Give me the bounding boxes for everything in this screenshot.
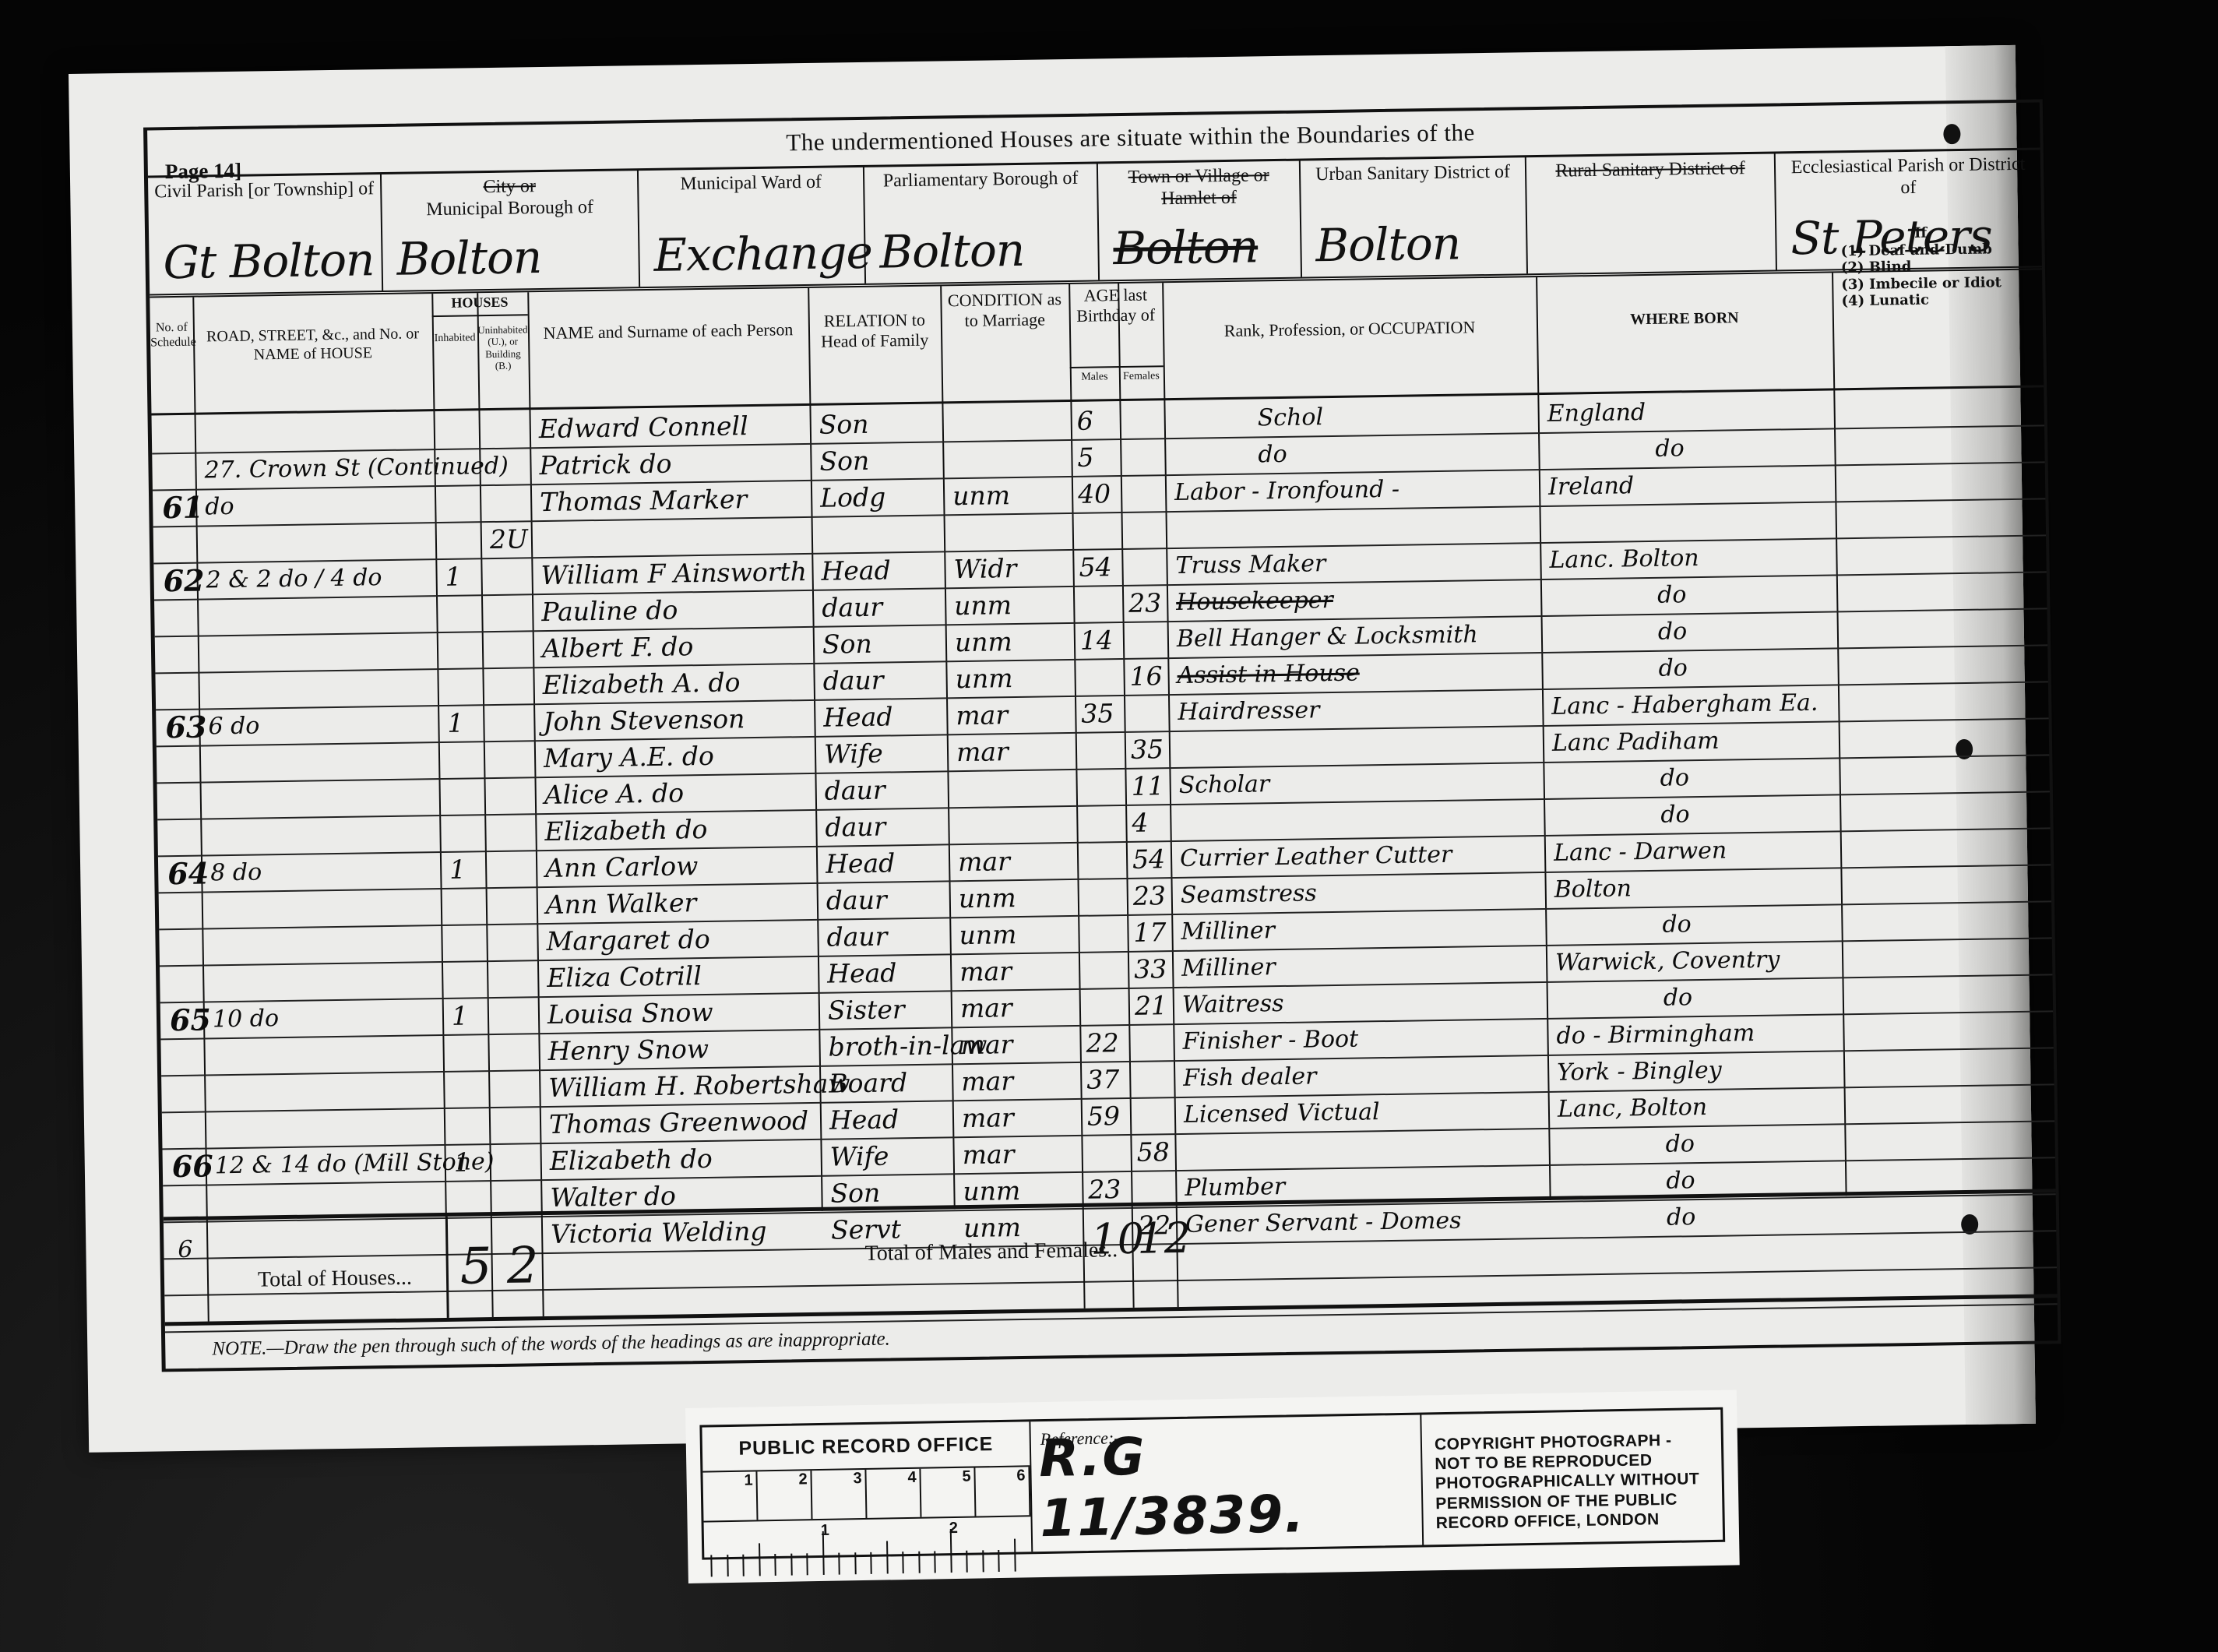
header-schedule: No. of Schedule <box>150 321 194 351</box>
struck-text: Rural Sanitary District of <box>1555 158 1745 181</box>
cell-condition: mar <box>959 953 1012 990</box>
cell-female: 33 <box>1134 950 1167 988</box>
cell-road: 27. Crown St (Continued) <box>204 448 509 489</box>
district-label: Town or Village or Hamlet of <box>1104 165 1294 211</box>
cell-female: 23 <box>1128 584 1162 622</box>
ruler-cm: 123456 <box>702 1467 1030 1522</box>
district-label: Civil Parish [or Township] of <box>154 178 374 203</box>
cell-inh: 1 <box>447 705 464 741</box>
cell-condition: mar <box>956 733 1009 770</box>
district-cell: Parliamentary Borough ofBolton <box>864 163 1100 283</box>
cell-schedule: 63 <box>165 708 207 745</box>
cell-relation: daur <box>826 882 888 919</box>
cell-name: Thomas Marker <box>540 481 748 520</box>
ruler-tick <box>1013 1539 1016 1572</box>
cell-born: Lanc. Bolton <box>1549 540 1699 579</box>
ruler-tick <box>806 1553 808 1575</box>
cell-schedule: 66 <box>171 1147 213 1185</box>
form-note: NOTE.—Draw the pen through such of the w… <box>212 1329 890 1361</box>
cell-relation: Lodg <box>820 478 886 516</box>
total-inhabited: 5 <box>459 1238 492 1296</box>
reference-box: Reference:- R.G 11/3839. <box>1030 1415 1424 1552</box>
cell-condition: unm <box>959 916 1017 953</box>
district-cell: Urban Sanitary District ofBolton <box>1301 157 1528 277</box>
ruler-tick <box>982 1550 984 1572</box>
cell-condition: unm <box>958 879 1016 917</box>
ruler-tick <box>727 1555 728 1576</box>
cell-female: 11 <box>1131 767 1164 805</box>
total-schedules: 6 <box>178 1236 193 1263</box>
ruler-tick <box>966 1551 967 1573</box>
cell-condition: mar <box>956 696 1008 734</box>
cell-schedule: 65 <box>170 1001 212 1038</box>
ruler-inch: 12 <box>704 1516 1032 1576</box>
district-value: Bolton <box>396 231 542 286</box>
total-persons-label: Total of Males and Females.. <box>864 1238 1118 1266</box>
cell-occupation: Milliner <box>1181 912 1275 950</box>
cell-born: do <box>1657 576 1687 614</box>
cell-condition: Widr <box>953 550 1016 587</box>
cell-relation: Board <box>829 1064 907 1101</box>
cell-name: Eliza Cotrill <box>547 957 702 996</box>
cell-occupation: Housekeeper <box>1176 582 1333 621</box>
cell-occupation: Scholar <box>1178 766 1269 804</box>
cell-female: 4 <box>1132 805 1149 841</box>
cell-name: Elizabeth A. do <box>542 664 740 703</box>
cell-name: Patrick do <box>539 446 672 484</box>
cell-condition: unm <box>954 586 1012 624</box>
header-houses: HOUSES <box>431 294 527 312</box>
ruler-tick <box>870 1552 871 1574</box>
cell-condition: mar <box>962 1099 1014 1136</box>
cell-male: 37 <box>1086 1061 1120 1098</box>
cell-road: 2 & 2 do / 4 do <box>206 559 382 598</box>
cell-born: do <box>1658 613 1688 650</box>
cell-born: do <box>1665 1125 1695 1163</box>
cell-born: do - Birmingham <box>1556 1015 1755 1055</box>
form-heading: The undermentioned Houses are situate wi… <box>786 118 1475 157</box>
cell-born: Warwick, Coventry <box>1555 942 1780 981</box>
cell-born: do <box>1660 759 1689 797</box>
cell-male: 5 <box>1077 439 1094 476</box>
ruler-mark: 6 <box>975 1467 1030 1516</box>
cell-name: Ann Walker <box>546 884 697 923</box>
cell-relation: daur <box>822 662 884 699</box>
cell-condition: mar <box>960 1026 1012 1063</box>
cell-inh: 1 <box>453 1144 470 1181</box>
district-label: Urban Sanitary District of <box>1307 161 1519 186</box>
struck-text: Town or Village or Hamlet of <box>1128 165 1269 209</box>
cell-born: Bolton <box>1554 870 1632 907</box>
cell-occupation: Licensed Victual <box>1184 1094 1380 1133</box>
cell-occupation: Seamstress <box>1180 875 1317 914</box>
district-cell: Municipal Ward ofExchange <box>639 167 866 287</box>
cell-condition: unm <box>955 623 1013 660</box>
cell-condition: unm <box>955 660 1013 697</box>
cell-occupation: Schol <box>1257 399 1323 436</box>
cell-condition: unm <box>952 477 1011 514</box>
ruler-tick <box>934 1551 935 1573</box>
cell-road: 12 & 14 do (Mill Stone) <box>214 1143 494 1184</box>
cell-condition: mar <box>958 843 1010 880</box>
census-page: Page 14] The undermentioned Houses are s… <box>69 45 2036 1453</box>
ruler-tick <box>838 1553 840 1575</box>
cell-female: 23 <box>1132 877 1166 914</box>
cell-occupation: Assist in House <box>1177 654 1360 693</box>
cell-schedule: 64 <box>167 854 209 892</box>
district-cell: City orMunicipal Borough ofBolton <box>382 170 640 291</box>
header-relation: RELATION to Head of Family <box>808 309 942 351</box>
cell-female: 16 <box>1129 657 1163 695</box>
cell-male: 59 <box>1087 1097 1121 1135</box>
ruler-tick <box>790 1554 792 1576</box>
cell-relation: Son <box>819 406 868 443</box>
cell-name: William F Ainsworth <box>540 553 807 594</box>
district-label: City orMunicipal Borough of <box>388 174 632 221</box>
cell-relation: Head <box>827 954 897 992</box>
header-males: Males <box>1070 371 1119 384</box>
cell-male: 6 <box>1076 403 1093 439</box>
cell-relation: daur <box>826 918 888 956</box>
total-uninhabited: 2 <box>506 1237 539 1295</box>
cell-road: 10 do <box>213 1000 280 1037</box>
cell-occupation: Bell Hanger & Locksmith <box>1177 616 1478 657</box>
cell-name: William H. Robertshaw <box>548 1065 850 1106</box>
cell-inh: 1 <box>452 998 469 1034</box>
cell-occupation: Waitress <box>1182 985 1284 1023</box>
cell-born: Lanc, Bolton <box>1558 1089 1708 1128</box>
record-office-label: PUBLIC RECORD OFFICE 123456 12 Reference… <box>685 1390 1740 1583</box>
header-inhabited: Inhabited <box>432 332 477 345</box>
ruler-tick <box>918 1552 920 1573</box>
ruler-tick <box>854 1552 856 1574</box>
cell-name: Pauline do <box>541 591 678 630</box>
cell-name: Edward Connell <box>538 407 748 447</box>
cell-born: do <box>1662 906 1692 943</box>
cell-occupation: Finisher - Boot <box>1182 1021 1358 1060</box>
cell-male: 22 <box>1086 1024 1119 1062</box>
ruler-mark: 3 <box>812 1470 867 1519</box>
cell-name: Henry Snow <box>547 1030 709 1069</box>
office-name: PUBLIC RECORD OFFICE <box>702 1421 1030 1472</box>
cell-name: Thomas Greenwood <box>549 1102 809 1143</box>
cell-name: Elizabeth do <box>549 1140 713 1179</box>
header-females: Females <box>1119 370 1164 383</box>
cell-occupation: Currier Leather Cutter <box>1180 837 1452 877</box>
district-cell: Civil Parish [or Township] ofGt Bolton <box>148 174 383 294</box>
cell-road: 6 do <box>208 707 260 745</box>
cell-female: 54 <box>1132 840 1166 878</box>
cell-name: Albert F. do <box>542 628 694 667</box>
cell-relation: Sister <box>828 991 905 1028</box>
cell-born: do <box>1660 796 1690 833</box>
cell-name: Elizabeth do <box>544 811 708 850</box>
cell-inh: 1 <box>445 558 462 595</box>
total-houses-label: Total of Houses... <box>258 1266 412 1293</box>
ruler-mark: 5 <box>921 1468 976 1517</box>
cell-female: 58 <box>1136 1133 1170 1171</box>
cell-condition: mar <box>961 1062 1013 1100</box>
cell-born: England <box>1547 394 1646 432</box>
district-cell: Town or Village or Hamlet ofBolton <box>1098 160 1302 280</box>
cell-road: do <box>205 488 234 526</box>
cell-born: Ireland <box>1548 467 1635 505</box>
ruler-tick <box>998 1550 999 1572</box>
column-line <box>541 1215 544 1316</box>
column-line <box>445 1217 449 1318</box>
cell-relation: Head <box>829 1101 900 1138</box>
cell-condition: mar <box>960 989 1012 1027</box>
header-condition: CONDITION as to Marriage <box>940 289 1069 331</box>
cell-relation: Head <box>826 844 896 882</box>
cell-born: do <box>1655 430 1685 467</box>
district-value: Bolton <box>1315 217 1461 273</box>
cell-relation: Head <box>821 551 891 589</box>
ruler-tick <box>710 1555 712 1576</box>
cell-occupation: Hairdresser <box>1178 692 1320 731</box>
cell-relation: Son <box>819 442 869 480</box>
cell-born: Lanc Padiham <box>1552 723 1720 762</box>
cell-born: Lanc - Darwen <box>1554 833 1727 872</box>
cell-schedule: 62 <box>163 562 205 599</box>
district-label: Parliamentary Borough of <box>871 168 1090 193</box>
cell-occupation: Milliner <box>1181 949 1276 987</box>
cell-relation: Wife <box>829 1138 889 1175</box>
header-road: ROAD, STREET, &c., and No. or NAME of HO… <box>193 325 433 365</box>
cell-condition: mar <box>962 1136 1014 1173</box>
cell-name: Louisa Snow <box>547 994 713 1033</box>
cell-relation: Head <box>823 698 893 735</box>
cell-occupation: Truss Maker <box>1175 545 1326 584</box>
cell-occupation: do <box>1258 436 1287 474</box>
district-label: Municipal Ward of <box>645 171 857 196</box>
cell-uninh: 2U <box>490 520 529 558</box>
infirmity-header: If(1) Deaf-and-Dumb(2) Blind(3) Imbecile… <box>1840 224 2001 310</box>
cell-male: 35 <box>1081 695 1114 732</box>
cell-born: York - Bingley <box>1557 1052 1722 1091</box>
column-line <box>491 1216 494 1317</box>
district-value: Bolton <box>1113 220 1259 275</box>
district-label: Ecclesiastical Parish or District of <box>1782 154 2035 201</box>
district-cell: Rural Sanitary District of <box>1526 153 1777 273</box>
district-value: Gt Bolton <box>163 233 375 289</box>
struck-text: City or <box>483 176 536 197</box>
cell-schedule: 61 <box>162 488 204 526</box>
census-form: Page 14] The undermentioned Houses are s… <box>143 99 2061 1372</box>
cell-inh: 1 <box>449 851 466 888</box>
ruler-mark: 4 <box>866 1469 921 1518</box>
cell-relation: Wife <box>824 735 883 773</box>
cell-occupation: Labor - Ironfound - <box>1174 471 1400 511</box>
household-table: No. of ScheduleROAD, STREET, &c., and No… <box>150 269 2055 1221</box>
cell-name: Mary A.E. do <box>544 738 714 777</box>
cell-male: 54 <box>1079 548 1112 586</box>
scale-ruler: PUBLIC RECORD OFFICE 123456 12 <box>702 1421 1033 1557</box>
cell-female: 17 <box>1133 914 1167 951</box>
ruler-tick <box>774 1554 776 1576</box>
cell-name: Ann Carlow <box>545 847 699 886</box>
cell-born: Lanc - Habergham Ea. <box>1551 685 1818 725</box>
district-label: Rural Sanitary District of <box>1533 158 1768 183</box>
cell-born: do <box>1658 650 1688 687</box>
cell-female: 35 <box>1131 731 1164 768</box>
cell-relation: daur <box>822 589 883 626</box>
cell-born: do <box>1663 979 1692 1016</box>
cell-male: 40 <box>1078 475 1111 513</box>
ruler-inch-label: 1 <box>821 1522 830 1540</box>
ruler-tick <box>902 1552 903 1573</box>
total-females: 12 <box>1137 1213 1192 1263</box>
cell-road: 8 do <box>210 854 262 891</box>
reference-number: R.G 11/3839. <box>1039 1422 1423 1549</box>
ruler-inch-label: 2 <box>949 1520 959 1538</box>
cell-name: Margaret do <box>546 921 710 960</box>
ruler-tick <box>759 1543 761 1576</box>
header-name: NAME and Surname of each Person <box>528 319 808 343</box>
ruler-tick <box>742 1555 744 1576</box>
cell-occupation: Fish dealer <box>1183 1058 1317 1097</box>
ruler-tick <box>886 1541 889 1573</box>
copyright-notice: COPYRIGHT PHOTOGRAPH - NOT TO BE REPRODU… <box>1421 1410 1723 1545</box>
district-value: Exchange <box>653 226 872 282</box>
header-age: AGE last Birthday of <box>1069 284 1163 326</box>
cell-name: John Stevenson <box>543 700 745 740</box>
cell-female: 21 <box>1135 987 1168 1024</box>
cell-name: Alice A. do <box>544 774 684 813</box>
header-uninhabited: Uninhabited (U.), or Building (B.) <box>477 323 529 372</box>
cell-relation: daur <box>825 808 886 846</box>
ruler-mark: 2 <box>757 1471 812 1520</box>
cell-relation: daur <box>824 772 885 809</box>
cell-male: 14 <box>1080 622 1114 659</box>
cell-relation: Son <box>822 625 872 663</box>
district-value: Bolton <box>879 224 1025 279</box>
ruler-mark: 1 <box>702 1471 758 1520</box>
